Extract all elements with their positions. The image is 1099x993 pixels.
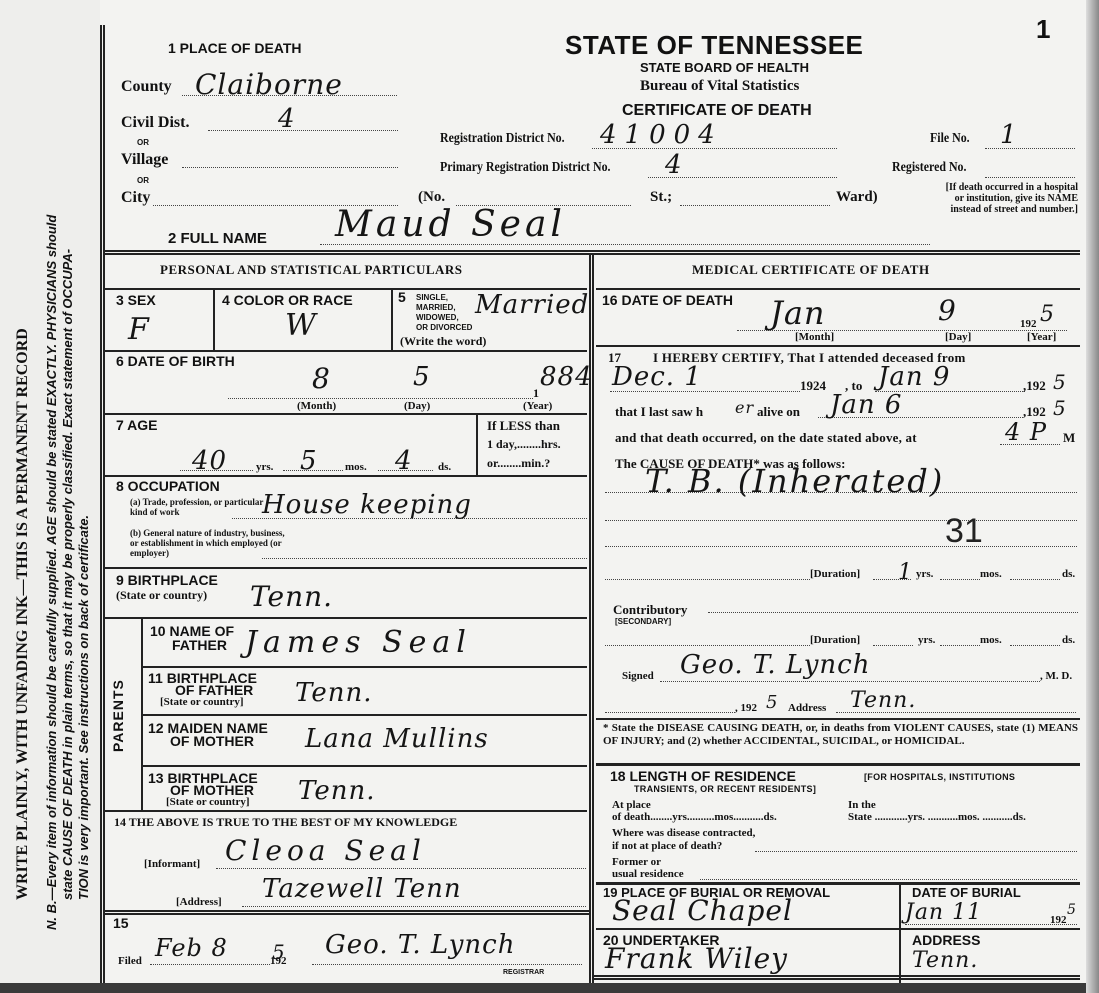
contrib-duration-lead-line: [605, 645, 810, 646]
rule: [596, 718, 1080, 720]
former-residence-label-1: Former or: [612, 856, 661, 868]
dod-year-caption: [Year]: [1027, 331, 1056, 343]
sign-year-prefix: , 192: [735, 702, 757, 714]
duration-lead-line: [605, 579, 810, 580]
dob-year-field[interactable]: 884: [540, 362, 593, 392]
age-mos-label: mos.: [345, 461, 367, 473]
duration-ds-field[interactable]: [1010, 579, 1060, 580]
bureau-title: Bureau of Vital Statistics: [640, 78, 799, 95]
undertaker-address-field[interactable]: Tenn.: [912, 948, 978, 973]
county-label: County: [121, 78, 172, 96]
certificate-title: CERTIFICATE OF DEATH: [622, 102, 812, 120]
attended-to-field[interactable]: Jan 9: [878, 362, 950, 392]
medical-heading: MEDICAL CERTIFICATE OF DEATH: [692, 262, 930, 278]
physician-signature[interactable]: Geo. T. Lynch: [680, 650, 870, 680]
signed-label: Signed: [622, 670, 654, 682]
secondary-label: [SECONDARY]: [615, 617, 671, 627]
less-than-line3: or........min.?: [487, 456, 550, 471]
place-of-death-heading: 1 PLACE OF DEATH: [168, 40, 302, 56]
at-place-label-1: At place: [612, 799, 651, 811]
age-years-field[interactable]: 40: [192, 446, 227, 476]
attended-to-year-field[interactable]: 5: [1053, 370, 1067, 394]
burial-year-prefix: 192: [1050, 914, 1067, 926]
filed-date-field[interactable]: Feb 8: [155, 934, 228, 962]
file-no-field[interactable]: 1: [1000, 120, 1018, 150]
civil-dist-label: Civil Dist.: [121, 114, 189, 132]
registered-no-label: Registered No.: [892, 160, 966, 176]
father-name-label-1: 10 NAME OF: [150, 624, 234, 638]
attended-from-year: 1924: [800, 378, 826, 394]
informant-line: [216, 868, 586, 869]
left-border: [100, 25, 105, 985]
birthplace-sublabel: (State or country): [116, 588, 207, 603]
dob-field-line: [228, 398, 533, 399]
burial-date-field[interactable]: Jan 11: [905, 900, 982, 925]
filed-date-line: [150, 964, 270, 965]
rule: [105, 350, 587, 352]
physician-address-label: Address: [788, 702, 826, 714]
contracted-label-1: Where was disease contracted,: [612, 827, 755, 839]
village-label: Village: [121, 151, 168, 169]
dob-year-caption: (Year): [523, 400, 552, 412]
sex-field[interactable]: F: [128, 312, 150, 347]
cause-line-3: [605, 546, 1077, 547]
left-margin-instructions: WRITE PLAINLY, WITH UNFADING INK—THIS IS…: [0, 0, 100, 993]
rule: [596, 345, 1080, 347]
less-than-line2: 1 day,........hrs.: [487, 437, 561, 452]
marital-hint: (Write the word): [400, 334, 486, 349]
rule: [141, 666, 587, 668]
contributory-field[interactable]: [708, 612, 1078, 613]
dod-month-field[interactable]: Jan: [770, 294, 826, 332]
age-yrs-label: yrs.: [256, 461, 273, 473]
contrib-duration-label: [Duration]: [810, 634, 860, 646]
attended-to-year-prefix: ,192: [1023, 378, 1046, 394]
contrib-ds-label: ds.: [1062, 634, 1075, 646]
race-field[interactable]: W: [285, 308, 317, 343]
dob-month-field[interactable]: 8: [312, 362, 331, 395]
dod-day-caption: [Day]: [945, 331, 971, 343]
filed-year-field[interactable]: 5: [272, 940, 286, 964]
st-label: St.;: [650, 189, 672, 206]
margin-warning: WRITE PLAINLY, WITH UNFADING INK—THIS IS…: [14, 328, 32, 900]
rule: [391, 288, 393, 350]
rule: [476, 413, 478, 475]
informant-address-line: [242, 906, 586, 907]
rule: [105, 413, 587, 415]
at-place-label-2[interactable]: of death........yrs..........mos........…: [612, 811, 777, 823]
contrib-duration-ds-field[interactable]: [1010, 645, 1060, 646]
former-residence-label-2: usual residence: [612, 868, 684, 880]
marital-number: 5: [398, 289, 406, 305]
contrib-duration-mos-field[interactable]: [940, 645, 980, 646]
father-bp-label-3: [State or country]: [160, 696, 244, 708]
burial-date-label: DATE OF BURIAL: [912, 885, 1021, 900]
rule: [105, 810, 587, 812]
marital-field[interactable]: Married: [475, 290, 589, 320]
last-saw-pronoun-field[interactable]: er: [735, 398, 754, 417]
time-field[interactable]: 4 P: [1005, 418, 1047, 446]
sign-year-field[interactable]: 5: [766, 692, 778, 713]
duration-mos-label: mos.: [980, 568, 1002, 580]
or-1: OR: [137, 138, 149, 147]
contrib-yrs-label: yrs.: [918, 634, 935, 646]
registered-no-field[interactable]: [985, 177, 1075, 178]
death-occurred-text: and that death occurred, on the date sta…: [615, 430, 917, 446]
margin-note-line3: TION is very important. See instructions…: [76, 515, 91, 900]
full-name-field[interactable]: Maud Seal: [335, 204, 566, 245]
margin-note-line1: N. B.—Every item of information should b…: [44, 215, 59, 930]
burial-place-field[interactable]: Seal Chapel: [612, 894, 793, 927]
filed-label: Filed: [118, 955, 142, 967]
dod-label: 16 DATE OF DEATH: [602, 292, 733, 308]
registrar-label: REGISTRAR: [503, 968, 544, 978]
in-state-label-1: In the: [848, 799, 876, 811]
rule: [596, 928, 1080, 930]
informant-label: [Informant]: [144, 858, 200, 870]
duration-label: [Duration]: [810, 568, 860, 580]
rule: [105, 617, 587, 619]
mother-name-label-2: OF MOTHER: [170, 733, 254, 749]
cause-field[interactable]: T. B. (Inherated): [645, 462, 944, 500]
hospital-note: [If death occurred in a hospital or inst…: [938, 182, 1078, 215]
attended-from-field[interactable]: Dec. 1: [612, 362, 702, 392]
rule: [141, 765, 587, 767]
age-label: 7 AGE: [116, 417, 158, 433]
former-residence-field[interactable]: [700, 879, 1077, 880]
rule: [213, 288, 215, 350]
physician-address-field[interactable]: Tenn.: [850, 688, 916, 713]
scan-edge: [0, 983, 1099, 993]
dob-month-caption: (Month): [297, 400, 336, 412]
rule: [596, 763, 1080, 766]
age-ds-label: ds.: [438, 461, 451, 473]
duration-yrs-field[interactable]: 1: [898, 560, 913, 585]
contracted-label-2: if not at place of death?: [612, 840, 722, 852]
occupation-b-field[interactable]: [262, 558, 587, 559]
contrib-mos-label: mos.: [980, 634, 1002, 646]
time-suffix: M: [1063, 430, 1075, 446]
informant-heading: 14 THE ABOVE IS TRUE TO THE BEST OF MY K…: [114, 815, 457, 830]
duration-ds-label: ds.: [1062, 568, 1075, 580]
alive-on-label: alive on: [757, 404, 800, 420]
last-saw-year-field[interactable]: 5: [1053, 396, 1067, 420]
county-field[interactable]: Claiborne: [195, 68, 343, 101]
personal-heading: PERSONAL AND STATISTICAL PARTICULARS: [160, 262, 463, 278]
page-number: 1: [1036, 14, 1050, 45]
residence-note-1: [FOR HOSPITALS, INSTITUTIONS: [864, 772, 1015, 782]
parents-side-label: PARENTS: [110, 679, 126, 752]
informant-field[interactable]: Cleoa Seal: [225, 834, 426, 867]
occupation-a-label: (a) Trade, profession, or particular kin…: [130, 497, 270, 517]
dob-label: 6 DATE OF BIRTH: [116, 353, 235, 369]
dob-day-caption: (Day): [404, 400, 430, 412]
file-no-field-line: [985, 148, 1075, 149]
undertaker-field[interactable]: Frank Wiley: [605, 942, 788, 975]
civil-dist-field[interactable]: 4: [278, 104, 296, 134]
undertaker-address-label: ADDRESS: [912, 932, 980, 948]
registrar-line: [312, 964, 582, 965]
state-title: STATE OF TENNESSEE: [565, 30, 863, 61]
civil-dist-field-line: [208, 130, 398, 131]
file-no-label: File No.: [930, 131, 970, 147]
last-saw-label: that I last saw h: [615, 404, 703, 420]
birthplace-field[interactable]: Tenn.: [250, 580, 333, 613]
rule: [105, 475, 587, 477]
rule: [596, 288, 1080, 290]
age-months-field[interactable]: 5: [300, 446, 318, 476]
occupation-a-field[interactable]: House keeping: [262, 490, 472, 520]
or-2: OR: [137, 176, 149, 185]
full-name-label: 2 FULL NAME: [168, 230, 267, 247]
less-than-line1: If LESS than: [487, 418, 560, 434]
sign-date-field[interactable]: [605, 712, 735, 713]
ward-label: Ward): [836, 189, 878, 206]
occupation-b-label: (b) General nature of industry, business…: [130, 528, 290, 558]
residence-heading: 18 LENGTH OF RESIDENCE: [610, 768, 796, 784]
city-label: City: [121, 189, 150, 207]
duration-yrs-label: yrs.: [916, 568, 933, 580]
bottom-border: [592, 975, 1080, 980]
burial-year-field[interactable]: 5: [1067, 902, 1077, 918]
rule: [105, 567, 587, 569]
ward-field[interactable]: [680, 205, 830, 206]
dod-year-field[interactable]: 5: [1040, 302, 1055, 327]
primary-reg-field[interactable]: 4: [665, 150, 683, 180]
contributory-label: Contributory: [613, 602, 687, 618]
reg-district-field[interactable]: 41004: [600, 120, 723, 150]
race-label: 4 COLOR OR RACE: [222, 292, 353, 308]
margin-note-line2: state CAUSE OF DEATH in plain terms, so …: [60, 249, 75, 900]
informant-address-label: [Address]: [176, 896, 222, 908]
dod-year-prefix: 192: [1020, 318, 1037, 330]
sex-label: 3 SEX: [116, 292, 156, 308]
occupation-label: 8 OCCUPATION: [116, 478, 220, 494]
cause-footnote: * State the DISEASE CAUSING DEATH, or, i…: [603, 722, 1078, 748]
village-field[interactable]: [182, 167, 398, 168]
md-label: , M. D.: [1040, 670, 1072, 682]
registrar-signature[interactable]: Geo. T. Lynch: [325, 930, 515, 960]
in-state-label-2[interactable]: State ............yrs. ...........mos. .…: [848, 811, 1026, 823]
mother-name-field[interactable]: Lana Mullins: [305, 724, 489, 754]
marital-option-single: SINGLE,: [416, 293, 448, 303]
cause-line-2: [605, 520, 1077, 521]
dob-day-field[interactable]: 5: [413, 362, 431, 392]
birthplace-label: 9 BIRTHPLACE: [116, 572, 218, 588]
duration-mos-field[interactable]: [940, 579, 980, 580]
age-days-field[interactable]: 4: [395, 446, 413, 476]
signed-line: [660, 681, 1040, 682]
mother-bp-label-3: [State or country]: [166, 796, 250, 808]
contracted-field[interactable]: [755, 851, 1077, 852]
filed-number: 15: [113, 915, 129, 931]
mother-bp-field[interactable]: Tenn.: [298, 776, 375, 806]
dod-day-field[interactable]: 9: [938, 294, 957, 327]
informant-address-field[interactable]: Tazewell Tenn: [262, 874, 462, 904]
contrib-duration-yrs-field[interactable]: [873, 645, 913, 646]
father-bp-field[interactable]: Tenn.: [295, 678, 372, 708]
informant-divider: [103, 910, 589, 915]
rule: [141, 714, 587, 716]
marital-option-married: MARRIED,: [416, 303, 456, 313]
primary-reg-label: Primary Registration District No.: [440, 160, 611, 176]
board-title: STATE BOARD OF HEALTH: [640, 60, 809, 75]
father-name-label-2: FATHER: [172, 637, 227, 653]
residence-note-2: TRANSIENTS, OR RECENT RESIDENTS]: [634, 784, 816, 794]
father-name-field[interactable]: James Seal: [245, 625, 472, 660]
marital-option-divorced: OR DIVORCED: [416, 323, 472, 333]
dob-year-prefix: 1: [533, 386, 539, 401]
reg-district-label: Registration District No.: [440, 131, 565, 147]
rule: [899, 883, 901, 983]
last-saw-date-field[interactable]: Jan 6: [830, 390, 902, 420]
scan-right-edge: [1086, 0, 1099, 993]
dod-month-caption: [Month]: [795, 331, 834, 343]
marital-option-widowed: WIDOWED,: [416, 313, 459, 323]
